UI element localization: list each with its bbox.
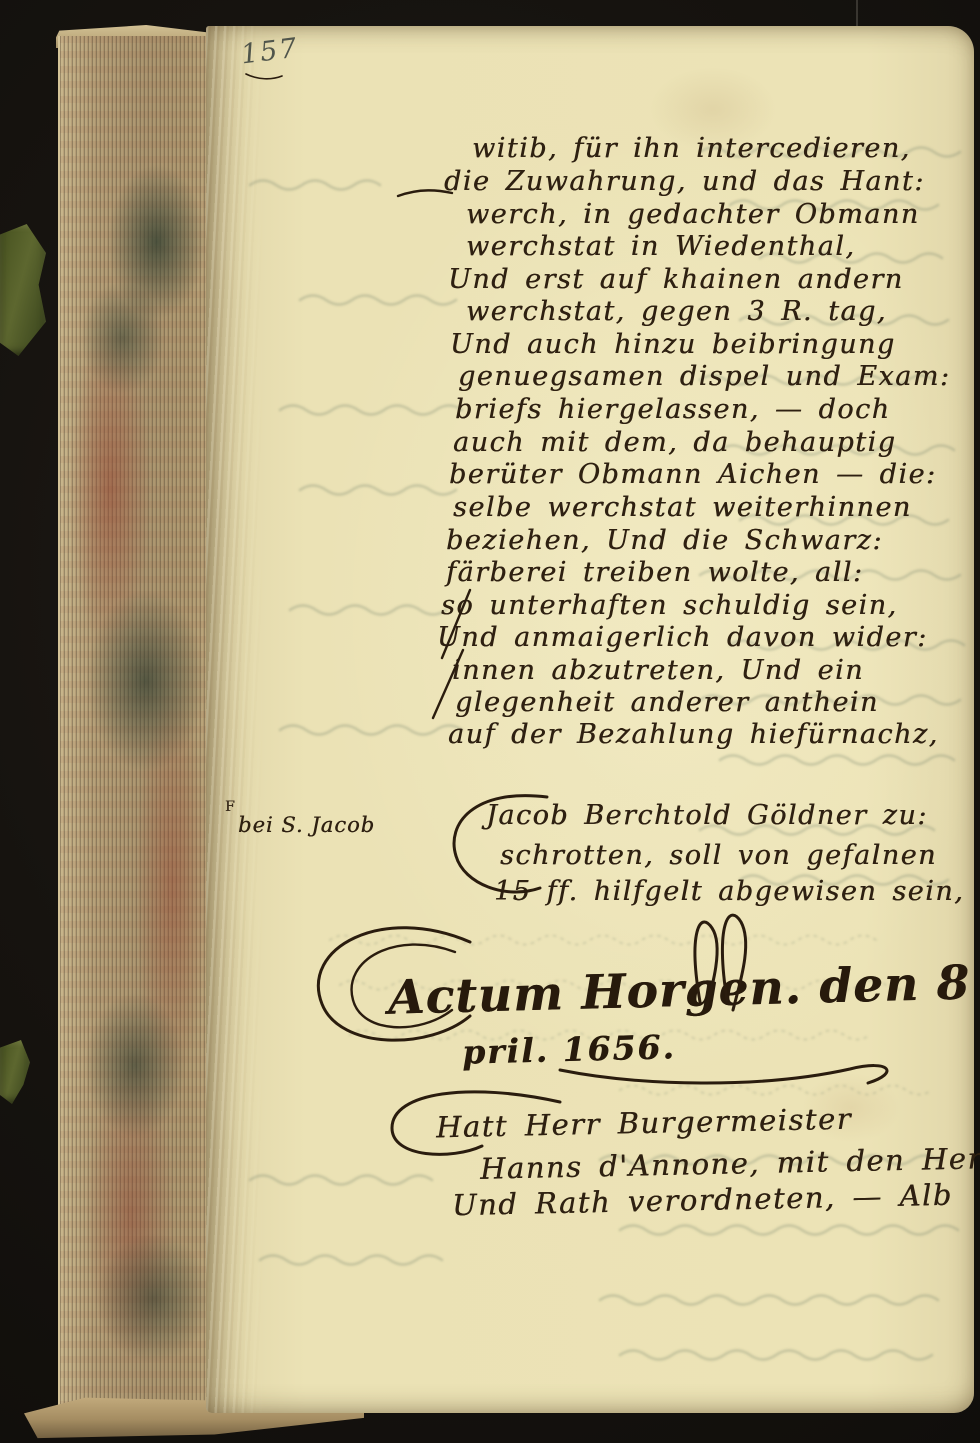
manuscript-text-line: witib, für ihn intercedieren, bbox=[472, 133, 911, 164]
manuscript-text-line: genuegsamen dispel und Exam: bbox=[458, 361, 950, 392]
manuscript-text-line: die Zuwahrung, und das Hant: bbox=[444, 166, 925, 197]
manuscript-text-line: werchstat, gegen 3 R. tag, bbox=[466, 296, 887, 327]
manuscript-text-line: so unterhaften schuldig sein, bbox=[441, 590, 898, 621]
manuscript-text-line: innen abzutreten, Und ein bbox=[452, 655, 864, 686]
manuscript-text-line: Und erst auf khainen andern bbox=[448, 264, 904, 295]
manuscript-text-line: glegenheit anderer anthein bbox=[455, 687, 879, 718]
green-binding-tie-bottom bbox=[0, 1040, 30, 1104]
entry-text-line: schrotten, soll von gefalnen bbox=[500, 840, 937, 871]
manuscript-text-line: werch, in gedachter Obmann bbox=[466, 199, 920, 230]
manuscript-text-line: beziehen, Und die Schwarz: bbox=[446, 525, 883, 556]
book-fore-edge bbox=[58, 36, 216, 1408]
dateline-year: pril. 1656. bbox=[462, 1027, 677, 1072]
manuscript-text-line: Und auch hinzu beibringung bbox=[450, 329, 896, 360]
manuscript-photo: 157 witib, für ihn intercedieren,die Zuw… bbox=[0, 0, 980, 1443]
margin-note: bei S. Jacob bbox=[238, 813, 375, 837]
manuscript-text-line: berüter Obmann Aichen — die: bbox=[449, 459, 937, 490]
page-curl-shading bbox=[206, 26, 264, 1413]
manuscript-text-line: briefs hiergelassen, — doch bbox=[455, 394, 891, 425]
entry-text-line: 15 ff. hilfgelt abgewisen sein, bbox=[494, 876, 964, 907]
margin-mark: F bbox=[225, 799, 235, 815]
manuscript-text-line: Und anmaigerlich davon wider: bbox=[437, 622, 928, 653]
green-binding-tie-top bbox=[0, 224, 46, 356]
entry-text-line: Jacob Berchtold Göldner zu: bbox=[486, 800, 928, 831]
manuscript-text-line: selbe werchstat weiterhinnen bbox=[453, 492, 912, 523]
manuscript-text-line: auch mit dem, da behauptig bbox=[453, 427, 896, 458]
manuscript-text-line: auf der Bezahlung hiefürnachz, bbox=[448, 719, 939, 750]
manuscript-text-line: färberei treiben wolte, all: bbox=[446, 557, 863, 588]
manuscript-text-line: werchstat in Wiedenthal, bbox=[466, 231, 855, 262]
